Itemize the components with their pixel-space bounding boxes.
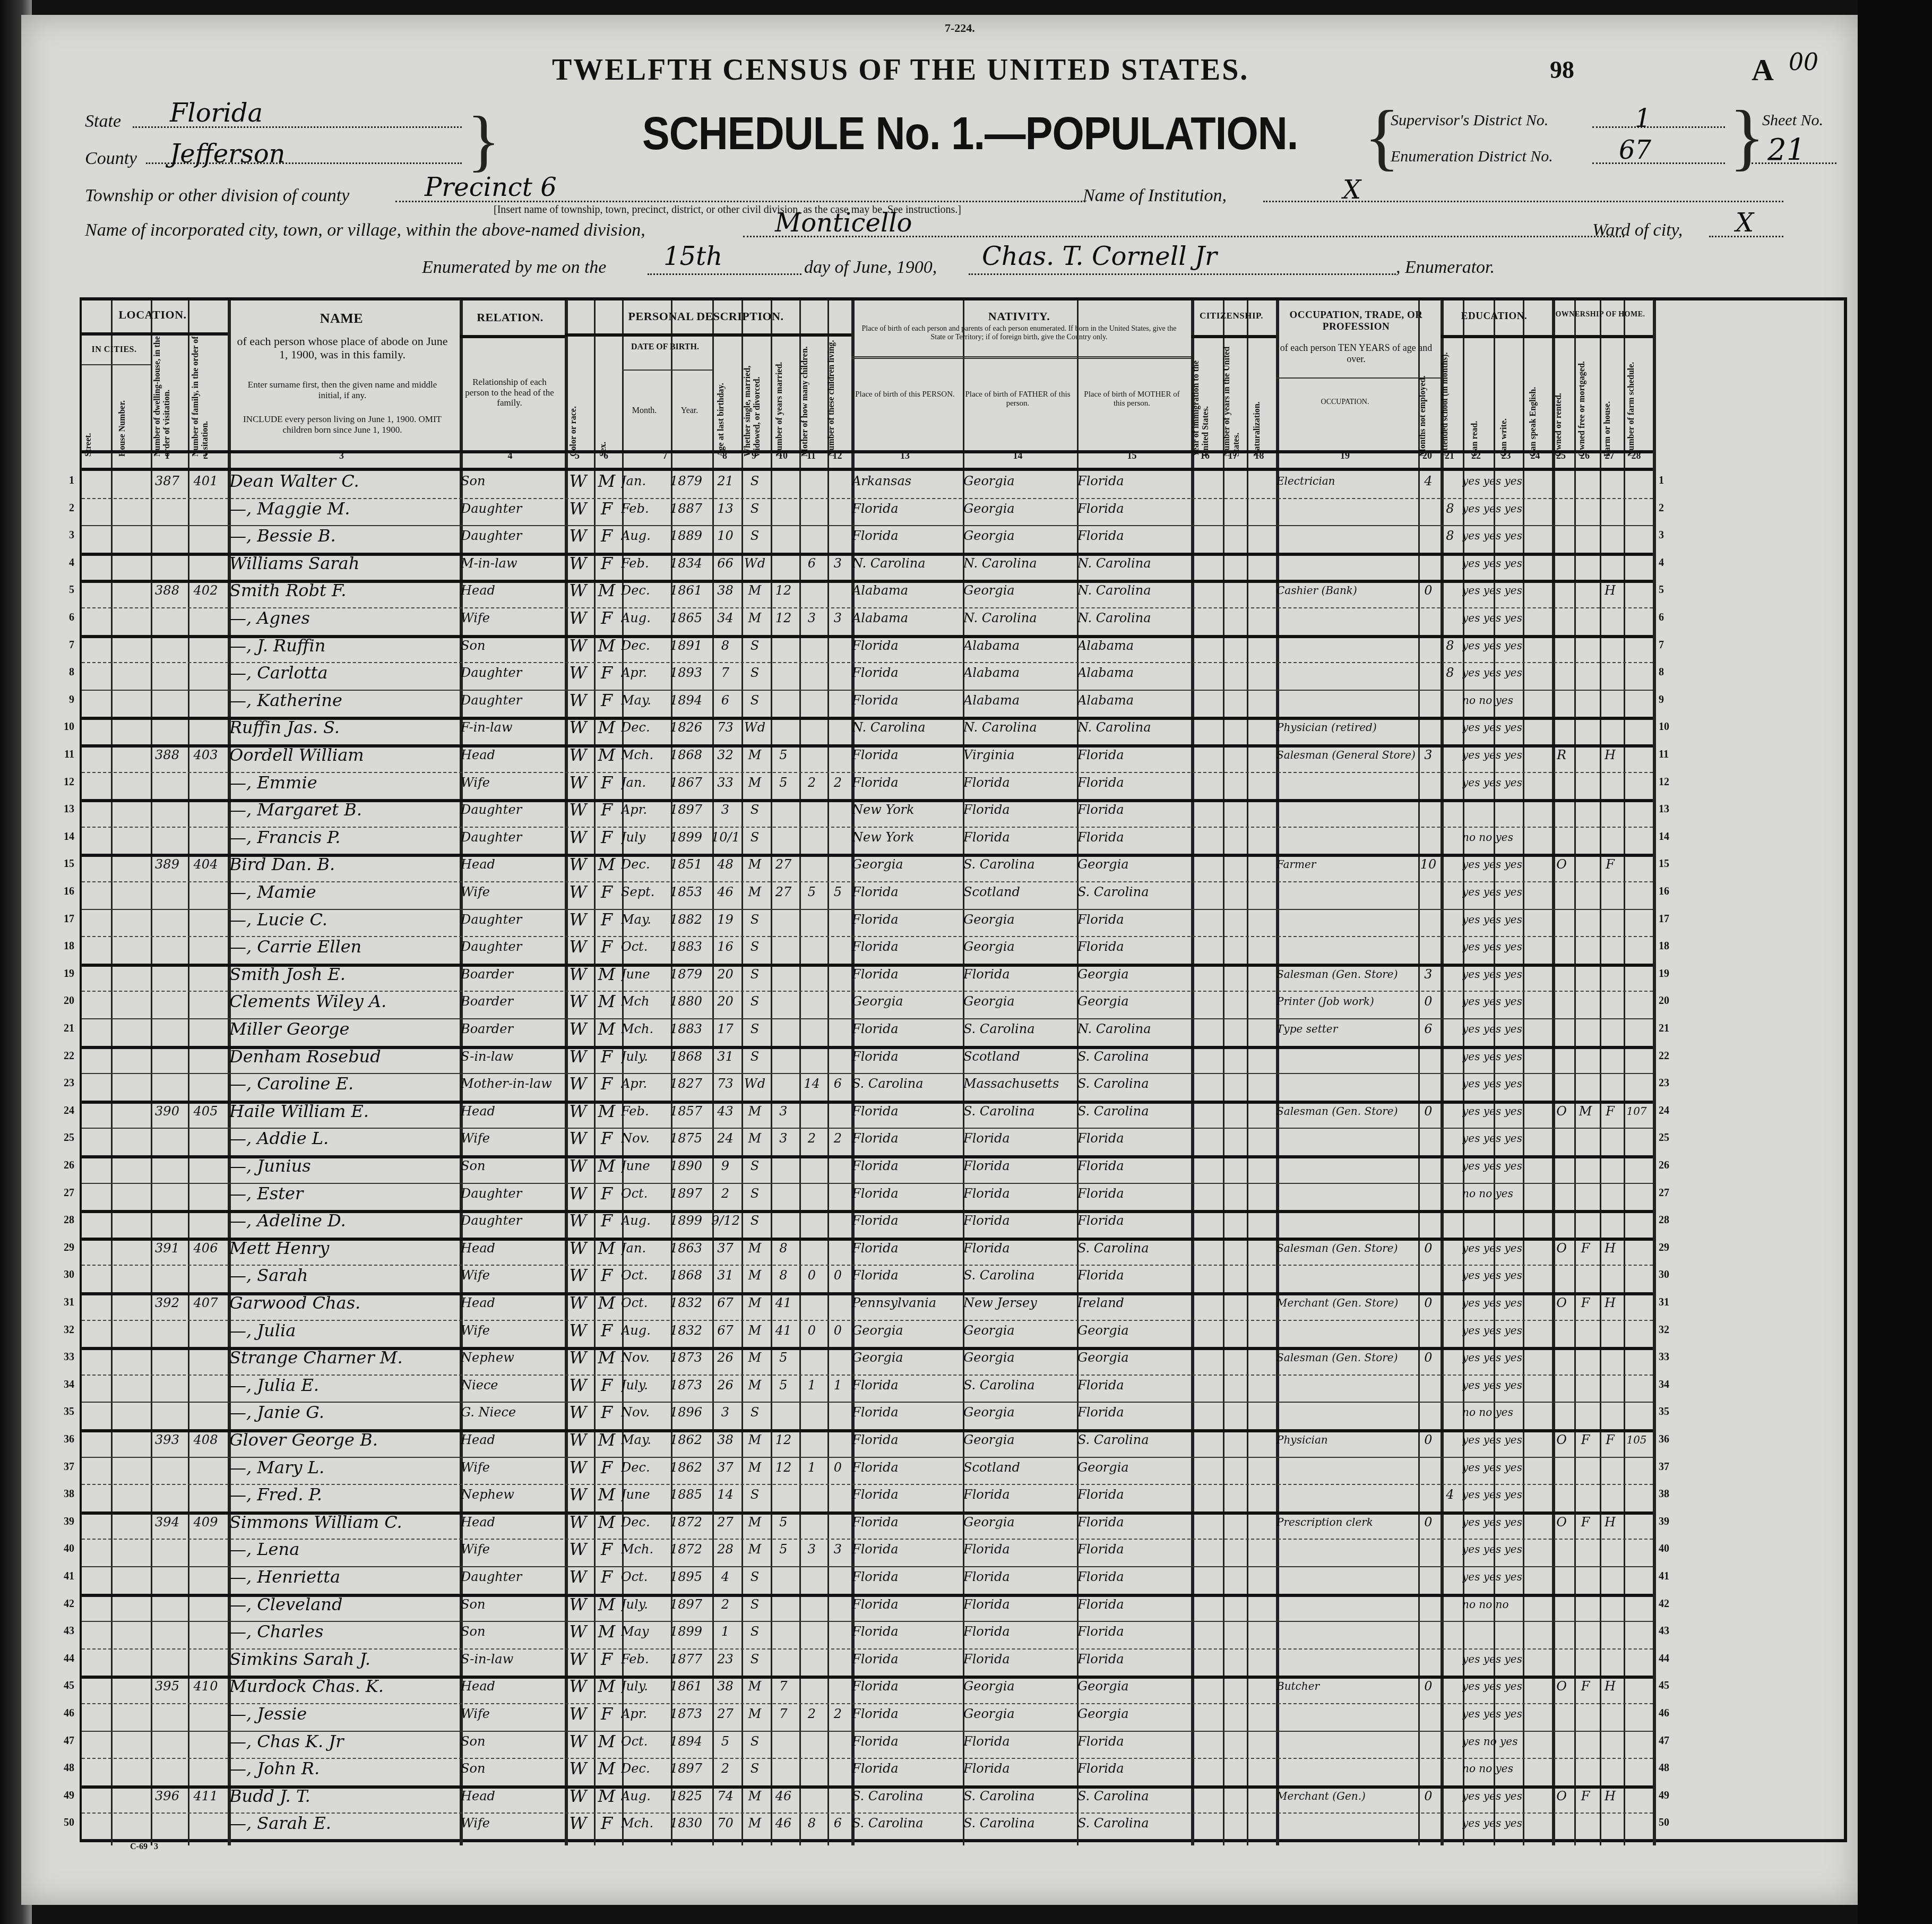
- enumerated-month-label: day of June, 1900,: [804, 257, 937, 278]
- cell-age: 2: [711, 1591, 739, 1618]
- cell-mother-of: [798, 851, 825, 878]
- cell-school: [1439, 604, 1461, 632]
- cell-month: May.: [621, 906, 669, 933]
- cell-sex: M: [593, 1481, 620, 1508]
- cell-sex: F: [593, 1371, 620, 1399]
- cell-age: 6: [711, 686, 739, 714]
- cell-owned: O: [1551, 1782, 1572, 1810]
- cell-color: W: [564, 1809, 592, 1837]
- cell-age: 38: [711, 577, 739, 604]
- cell-month: Jan.: [621, 769, 669, 796]
- cell-relation: Head: [461, 1672, 563, 1700]
- cell-read-write-speak: yes yes yes: [1462, 987, 1550, 1015]
- cell-age: 21: [711, 467, 739, 495]
- line-number-left: 43: [42, 1625, 74, 1637]
- cell-relation: Head: [461, 577, 563, 604]
- cell-bp-person: Florida: [852, 741, 961, 769]
- cell-name: —, Janie G.: [229, 1398, 458, 1426]
- cell-schedule: [1623, 1591, 1651, 1618]
- cell-marital: S: [741, 1481, 769, 1508]
- county-field[interactable]: Jefferson: [170, 139, 285, 169]
- cell-occupation: [1276, 933, 1416, 960]
- cell-age: 27: [711, 1700, 739, 1728]
- cell-dwelling: 392: [149, 1289, 186, 1317]
- cell-month: Aug.: [621, 1207, 669, 1234]
- cell-read-write-speak: yes yes yes: [1462, 769, 1550, 796]
- cell-mother-of: [798, 1398, 825, 1426]
- cell-mother-of: 3: [798, 1535, 825, 1563]
- cell-owned: R: [1551, 741, 1572, 769]
- cell-farm: [1599, 495, 1621, 522]
- cell-schedule: [1623, 1782, 1651, 1810]
- cell-owned: O: [1551, 1508, 1572, 1536]
- cell-age: 66: [711, 549, 739, 577]
- cell-owned: [1551, 1755, 1572, 1782]
- cell-yrs-married: [770, 987, 797, 1015]
- enumeration-district-line: [1592, 162, 1725, 164]
- cell-marital: M: [741, 1700, 769, 1728]
- line-number-right: 23: [1659, 1077, 1690, 1089]
- enumerator-line: [969, 273, 1396, 275]
- cell-bp-father: S. Carolina: [963, 1782, 1075, 1810]
- cell-free: F: [1573, 1782, 1598, 1810]
- row-divider: [1276, 377, 1441, 379]
- cell-read-write-speak: yes yes yes: [1462, 577, 1550, 604]
- cell-month: Dec.: [621, 632, 669, 659]
- cell-relation: Daughter: [461, 823, 563, 851]
- cell-mother-of: [798, 495, 825, 522]
- cell-bp-mother: Georgia: [1077, 1454, 1189, 1481]
- cell-school: [1439, 1591, 1461, 1618]
- line-number-left: 21: [42, 1023, 74, 1035]
- line-number-right: 4: [1659, 557, 1690, 569]
- supervisor-district-line: [1592, 126, 1725, 128]
- cell-free: [1573, 741, 1598, 769]
- cell-yrs-married: 8: [770, 1234, 797, 1262]
- cell-schedule: [1623, 1481, 1651, 1508]
- line-number-left: 40: [42, 1543, 74, 1555]
- cell-school: [1439, 960, 1461, 988]
- cell-months-unemployed: [1418, 823, 1438, 851]
- enumeration-district-field[interactable]: 67: [1619, 135, 1651, 165]
- cell-age: 10/12: [711, 823, 739, 851]
- cell-months-unemployed: [1418, 1481, 1438, 1508]
- cell-family: 405: [186, 1097, 226, 1125]
- cell-bp-father: Florida: [963, 796, 1075, 823]
- line-number-right: 2: [1659, 502, 1690, 514]
- cell-mother-of: 2: [798, 1700, 825, 1728]
- cell-month: Oct.: [621, 1180, 669, 1207]
- cell-relation: Wife: [461, 604, 563, 632]
- cell-read-write-speak: yes yes yes: [1462, 1508, 1550, 1536]
- cell-farm: [1599, 686, 1621, 714]
- cell-relation: Head: [461, 1508, 563, 1536]
- cell-age: 27: [711, 1508, 739, 1536]
- cell-color: W: [564, 960, 592, 988]
- cell-bp-mother: Georgia: [1077, 1317, 1189, 1344]
- cell-school: [1439, 1180, 1461, 1207]
- col-label-color: Color or race.: [569, 372, 585, 457]
- cell-read-write-speak: yes yes yes: [1462, 1124, 1550, 1152]
- cell-schedule: [1623, 1289, 1651, 1317]
- cell-living: [826, 1755, 849, 1782]
- cell-month: Aug.: [621, 1782, 669, 1810]
- cell-color: W: [564, 1508, 592, 1536]
- cell-bp-mother: Florida: [1077, 796, 1189, 823]
- cell-owned: [1551, 1591, 1572, 1618]
- cell-mother-of: [798, 1728, 825, 1755]
- cell-read-write-speak: [1462, 1618, 1550, 1645]
- cell-dwelling: [149, 1261, 186, 1289]
- cell-bp-father: N. Carolina: [963, 604, 1075, 632]
- cell-month: Apr.: [621, 1700, 669, 1728]
- cell-schedule: [1623, 1261, 1651, 1289]
- cell-owned: [1551, 577, 1572, 604]
- cell-free: [1573, 878, 1598, 906]
- cell-month: June: [621, 1152, 669, 1180]
- cell-sex: F: [593, 1563, 620, 1591]
- cell-family: 408: [186, 1426, 226, 1454]
- cell-name: —, Francis P.: [229, 823, 458, 851]
- cell-yrs-married: [770, 1180, 797, 1207]
- cell-sex: F: [593, 1261, 620, 1289]
- cell-bp-father: Florida: [963, 1481, 1075, 1508]
- cell-color: W: [564, 522, 592, 549]
- enumerator-label: , Enumerator.: [1396, 257, 1495, 278]
- cell-dwelling: 393: [149, 1426, 186, 1454]
- cell-color: W: [564, 741, 592, 769]
- cell-marital: M: [741, 741, 769, 769]
- cell-yrs-married: [770, 632, 797, 659]
- cell-free: [1573, 906, 1598, 933]
- column-number: 26: [1572, 450, 1598, 461]
- column-divider: [1653, 300, 1656, 1845]
- cell-bp-mother: Florida: [1077, 467, 1189, 495]
- cell-bp-father: Virginia: [963, 741, 1075, 769]
- col-label-children-living: Number of these children living.: [827, 334, 848, 457]
- cell-month: Sept.: [621, 878, 669, 906]
- cell-months-unemployed: 0: [1418, 987, 1438, 1015]
- cell-month: May.: [621, 686, 669, 714]
- cell-read-write-speak: yes yes yes: [1462, 1015, 1550, 1043]
- ward-field[interactable]: X: [1736, 208, 1754, 238]
- cell-family: [186, 1591, 226, 1618]
- cell-months-unemployed: 0: [1418, 1289, 1438, 1317]
- col-label-years-in-us: Number of years in the United States.: [1222, 340, 1244, 457]
- cell-dwelling: [149, 1070, 186, 1097]
- cell-farm: [1599, 1618, 1621, 1645]
- cell-free: F: [1573, 1234, 1598, 1262]
- cell-free: [1573, 632, 1598, 659]
- cell-year: 1890: [670, 1152, 710, 1180]
- cell-farm: F: [1599, 851, 1621, 878]
- cell-owned: O: [1551, 1097, 1572, 1125]
- cell-marital: S: [741, 686, 769, 714]
- cell-yrs-married: 12: [770, 577, 797, 604]
- enumerated-day-field[interactable]: 15th: [663, 242, 722, 271]
- cell-months-unemployed: [1418, 769, 1438, 796]
- cell-family: [186, 1481, 226, 1508]
- cell-months-unemployed: 10: [1418, 851, 1438, 878]
- cell-sex: F: [593, 769, 620, 796]
- cell-bp-mother: Alabama: [1077, 686, 1189, 714]
- cell-year: 1868: [670, 741, 710, 769]
- cell-bp-mother: Alabama: [1077, 659, 1189, 686]
- cell-year: 1857: [670, 1097, 710, 1125]
- cell-living: 3: [826, 549, 849, 577]
- cell-age: 23: [711, 1645, 739, 1673]
- cell-family: [186, 987, 226, 1015]
- cell-living: [826, 577, 849, 604]
- cell-schedule: [1623, 604, 1651, 632]
- cell-relation: Niece: [461, 1371, 563, 1399]
- cell-months-unemployed: [1418, 1070, 1438, 1097]
- section-nativity: NATIVITY.: [849, 310, 1189, 323]
- cell-month: July.: [621, 1591, 669, 1618]
- cell-color: W: [564, 1563, 592, 1591]
- cell-schedule: [1623, 549, 1651, 577]
- cell-farm: [1599, 1207, 1621, 1234]
- city-field[interactable]: Monticello: [775, 208, 912, 238]
- cell-farm: [1599, 1481, 1621, 1508]
- enumerator-field[interactable]: Chas. T. Cornell Jr: [982, 242, 1217, 271]
- cell-months-unemployed: 4: [1418, 467, 1438, 495]
- cell-farm: H: [1599, 1234, 1621, 1262]
- cell-schedule: [1623, 1234, 1651, 1262]
- cell-relation: Daughter: [461, 796, 563, 823]
- cell-schedule: [1623, 495, 1651, 522]
- footer-code-left: C-69: [130, 1842, 148, 1852]
- cell-year: 1897: [670, 796, 710, 823]
- cell-free: F: [1573, 1289, 1598, 1317]
- cell-month: Nov.: [621, 1398, 669, 1426]
- line-number-right: 9: [1659, 694, 1690, 706]
- cell-owned: O: [1551, 1672, 1572, 1700]
- line-number-left: 23: [42, 1077, 74, 1089]
- cell-sex: M: [593, 1097, 620, 1125]
- census-title: TWELFTH CENSUS OF THE UNITED STATES.: [552, 53, 1249, 87]
- cell-month: Oct.: [621, 1728, 669, 1755]
- cell-year: 1826: [670, 714, 710, 741]
- cell-mother-of: [798, 1755, 825, 1782]
- cell-bp-mother: Florida: [1077, 1645, 1189, 1673]
- cell-bp-father: S. Carolina: [963, 851, 1075, 878]
- cell-bp-person: New York: [852, 823, 961, 851]
- cell-months-unemployed: [1418, 686, 1438, 714]
- cell-owned: [1551, 960, 1572, 988]
- cell-owned: [1551, 987, 1572, 1015]
- cell-months-unemployed: [1418, 495, 1438, 522]
- cell-sex: M: [593, 1289, 620, 1317]
- cell-marital: M: [741, 1261, 769, 1289]
- cell-occupation: [1276, 1591, 1416, 1618]
- cell-months-unemployed: [1418, 1180, 1438, 1207]
- cell-months-unemployed: [1418, 1152, 1438, 1180]
- cell-mother-of: 2: [798, 769, 825, 796]
- cell-bp-person: Florida: [852, 1700, 961, 1728]
- cell-dwelling: [149, 1481, 186, 1508]
- cell-free: [1573, 1481, 1598, 1508]
- cell-bp-mother: Florida: [1077, 823, 1189, 851]
- cell-living: [826, 960, 849, 988]
- cell-occupation: [1276, 1043, 1416, 1070]
- cell-months-unemployed: 0: [1418, 1426, 1438, 1454]
- cell-owned: O: [1551, 1234, 1572, 1262]
- cell-occupation: Salesman (Gen. Store): [1276, 960, 1416, 988]
- sheet-side: A: [1752, 52, 1774, 88]
- cell-bp-father: Georgia: [963, 1508, 1075, 1536]
- cell-schedule: [1623, 1809, 1651, 1837]
- cell-sex: M: [593, 1591, 620, 1618]
- cell-year: 1872: [670, 1535, 710, 1563]
- cell-month: July.: [621, 1371, 669, 1399]
- cell-color: W: [564, 851, 592, 878]
- line-number-right: 17: [1659, 913, 1690, 925]
- cell-farm: [1599, 1070, 1621, 1097]
- cell-family: 410: [186, 1672, 226, 1700]
- cell-marital: S: [741, 1591, 769, 1618]
- line-number-left: 15: [42, 858, 74, 870]
- cell-schedule: [1623, 1755, 1651, 1782]
- cell-owned: O: [1551, 1289, 1572, 1317]
- cell-sex: M: [593, 1152, 620, 1180]
- cell-bp-mother: Florida: [1077, 1755, 1189, 1782]
- cell-living: [826, 1645, 849, 1673]
- cell-occupation: [1276, 1398, 1416, 1426]
- cell-mother-of: [798, 522, 825, 549]
- cell-school: [1439, 1398, 1461, 1426]
- date-of-birth-label: DATE OF BIRTH.: [620, 342, 710, 352]
- township-field[interactable]: Precinct 6: [425, 173, 557, 202]
- cell-month: Aug.: [621, 604, 669, 632]
- line-number-left: 3: [42, 529, 74, 542]
- line-number-right: 16: [1659, 886, 1690, 898]
- cell-color: W: [564, 1755, 592, 1782]
- line-number-left: 39: [42, 1516, 74, 1528]
- cell-relation: Daughter: [461, 495, 563, 522]
- cell-age: 7: [711, 659, 739, 686]
- cell-month: Oct.: [621, 933, 669, 960]
- cell-dwelling: [149, 1207, 186, 1234]
- cell-month: Oct.: [621, 1261, 669, 1289]
- cell-name: Haile William E.: [229, 1097, 458, 1125]
- column-number: 15: [1075, 450, 1189, 461]
- cell-marital: M: [741, 1782, 769, 1810]
- state-field[interactable]: Florida: [170, 98, 263, 128]
- cell-owned: [1551, 1070, 1572, 1097]
- cell-free: [1573, 796, 1598, 823]
- cell-living: 5: [826, 878, 849, 906]
- cell-family: [186, 714, 226, 741]
- cell-bp-person: Florida: [852, 686, 961, 714]
- line-number-right: 7: [1659, 639, 1690, 651]
- cell-yrs-married: [770, 467, 797, 495]
- cell-occupation: [1276, 1124, 1416, 1152]
- cell-months-unemployed: 0: [1418, 1508, 1438, 1536]
- cell-bp-mother: N. Carolina: [1077, 604, 1189, 632]
- cell-owned: [1551, 1261, 1572, 1289]
- cell-school: [1439, 714, 1461, 741]
- line-number-right: 50: [1659, 1817, 1690, 1829]
- institution-field[interactable]: X: [1343, 175, 1361, 205]
- cell-months-unemployed: [1418, 1645, 1438, 1673]
- line-number-left: 8: [42, 666, 74, 678]
- cell-bp-father: Florida: [963, 1207, 1075, 1234]
- sheet-number-field[interactable]: 21: [1767, 133, 1805, 167]
- cell-free: [1573, 1371, 1598, 1399]
- supervisor-district-field[interactable]: 1: [1635, 104, 1651, 133]
- cell-age: 67: [711, 1289, 739, 1317]
- cell-sex: M: [593, 1015, 620, 1043]
- cell-schedule: 107: [1623, 1097, 1651, 1125]
- cell-read-write-speak: yes yes yes: [1462, 604, 1550, 632]
- cell-mother-of: [798, 1508, 825, 1536]
- cell-school: [1439, 1371, 1461, 1399]
- cell-year: 1894: [670, 1728, 710, 1755]
- cell-sex: F: [593, 796, 620, 823]
- cell-month: Dec.: [621, 1454, 669, 1481]
- name-instruction-1: Enter surname first, then the given name…: [236, 380, 448, 400]
- column-number: 22: [1461, 450, 1491, 461]
- cell-mother-of: 14: [798, 1070, 825, 1097]
- cell-free: [1573, 769, 1598, 796]
- cell-schedule: [1623, 577, 1651, 604]
- cell-marital: S: [741, 1180, 769, 1207]
- cell-sex: F: [593, 906, 620, 933]
- cell-months-unemployed: [1418, 878, 1438, 906]
- cell-year: 1832: [670, 1289, 710, 1317]
- cell-schedule: [1623, 522, 1651, 549]
- cell-farm: [1599, 522, 1621, 549]
- cell-yrs-married: 5: [770, 741, 797, 769]
- cell-age: 73: [711, 714, 739, 741]
- column-number: 20: [1416, 450, 1438, 461]
- cell-age: 28: [711, 1535, 739, 1563]
- cell-marital: M: [741, 1672, 769, 1700]
- cell-mother-of: 3: [798, 604, 825, 632]
- cell-bp-person: Florida: [852, 1015, 961, 1043]
- cell-dwelling: [149, 796, 186, 823]
- cell-mother-of: [798, 1481, 825, 1508]
- cell-year: 1873: [670, 1371, 710, 1399]
- column-number: 9: [739, 450, 769, 461]
- cell-relation: M-in-law: [461, 549, 563, 577]
- cell-color: W: [564, 1782, 592, 1810]
- cell-bp-father: Georgia: [963, 1672, 1075, 1700]
- cell-bp-father: Massachusetts: [963, 1070, 1075, 1097]
- cell-name: —, Margaret B.: [229, 796, 458, 823]
- cell-schedule: [1623, 1563, 1651, 1591]
- cell-owned: [1551, 823, 1572, 851]
- cell-bp-person: Florida: [852, 1097, 961, 1125]
- cell-owned: [1551, 796, 1572, 823]
- cell-dwelling: [149, 1591, 186, 1618]
- cell-living: 3: [826, 604, 849, 632]
- birthplace-father-label: Place of birth of FATHER of this person.: [963, 390, 1072, 409]
- cell-farm: [1599, 604, 1621, 632]
- cell-age: 4: [711, 1563, 739, 1591]
- cell-occupation: [1276, 769, 1416, 796]
- line-number-right: 27: [1659, 1187, 1690, 1199]
- cell-owned: [1551, 933, 1572, 960]
- cell-dwelling: 389: [149, 851, 186, 878]
- line-number-left: 46: [42, 1707, 74, 1720]
- cell-color: W: [564, 1398, 592, 1426]
- cell-read-write-speak: no no yes: [1462, 686, 1550, 714]
- cell-yrs-married: [770, 906, 797, 933]
- cell-month: Dec.: [621, 714, 669, 741]
- line-number-left: 9: [42, 694, 74, 706]
